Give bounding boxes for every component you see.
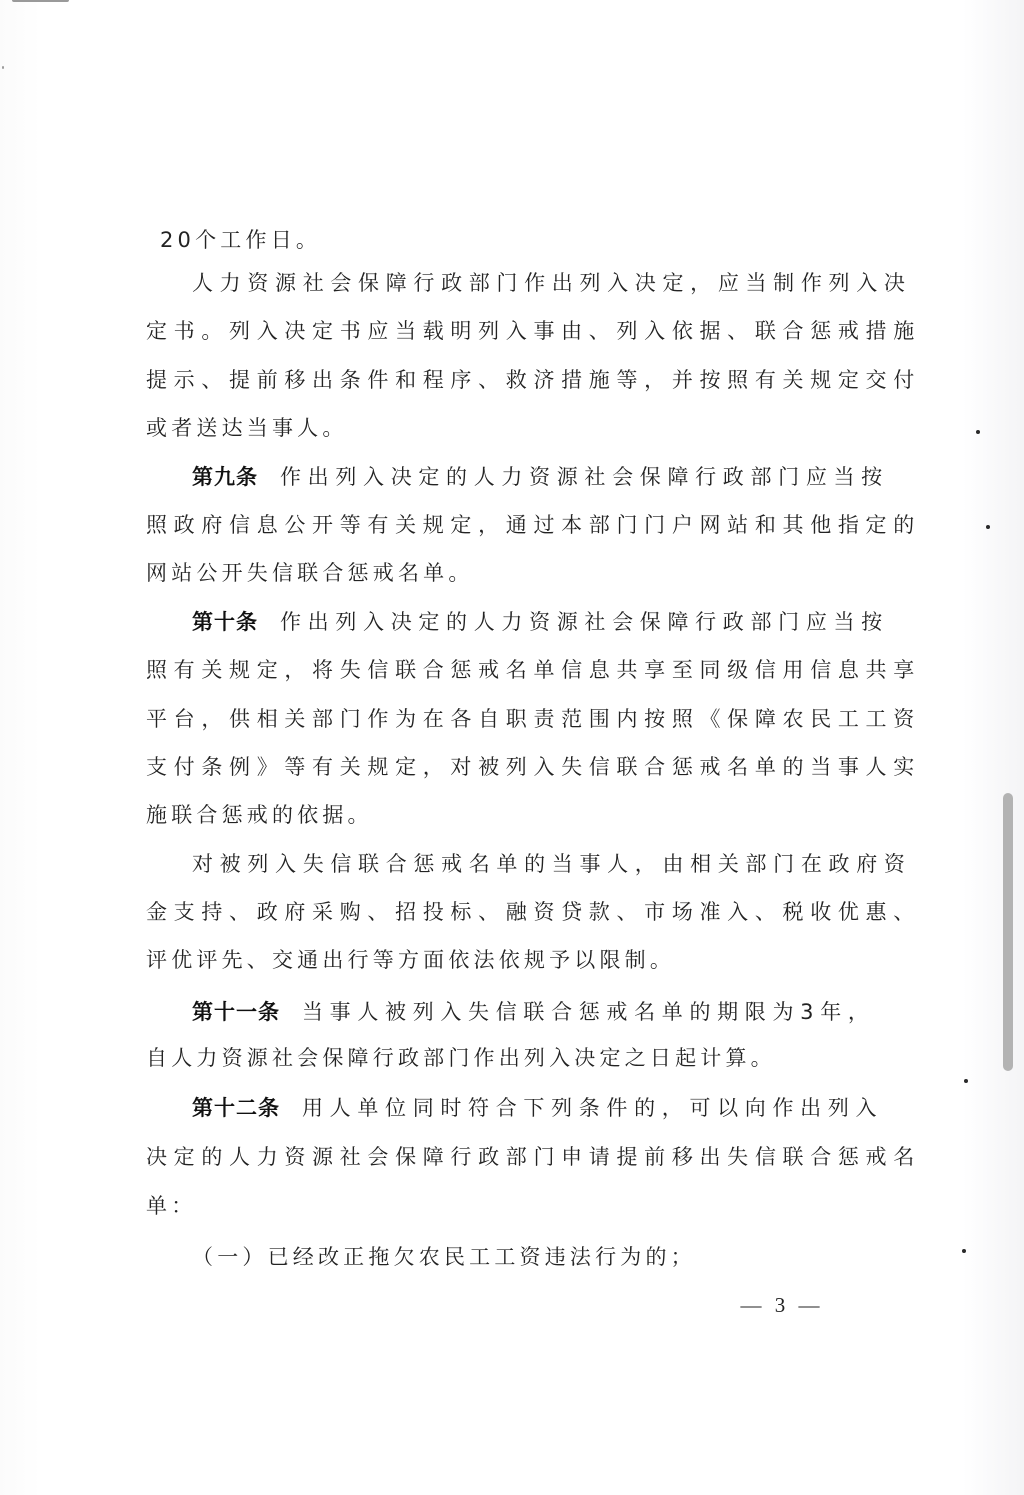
scan-speck bbox=[2, 66, 4, 69]
text-line: 提 示 、 提 前 移 出 条 件 和 程 序 、 救 济 措 施 等 ， 并 … bbox=[146, 365, 868, 395]
article-line: 第九条作 出 列 入 决 定 的 人 力 资 源 社 会 保 障 行 政 部 门… bbox=[192, 462, 868, 492]
document-page: 2 0 个 工 作 日 。人 力 资 源 社 会 保 障 行 政 部 门 作 出… bbox=[0, 0, 1024, 1495]
text-line: 平 台 ， 供 相 关 部 门 作 为 在 各 自 职 责 范 围 内 按 照 … bbox=[146, 704, 868, 734]
text-line: 决 定 的 人 力 资 源 社 会 保 障 行 政 部 门 申 请 提 前 移 … bbox=[146, 1142, 868, 1172]
text-line: 自 人 力 资 源 社 会 保 障 行 政 部 门 作 出 列 入 决 定 之 … bbox=[146, 1043, 772, 1073]
line-text: 提 示 、 提 前 移 出 条 件 和 程 序 、 救 济 措 施 等 ， 并 … bbox=[146, 368, 914, 392]
line-text: 或 者 送 达 当 事 人 。 bbox=[146, 416, 343, 440]
article-line: 第十二条用 人 单 位 同 时 符 合 下 列 条 件 的 ， 可 以 向 作 … bbox=[192, 1093, 868, 1123]
line-text: 评 优 评 先 、 交 通 出 行 等 方 面 依 法 依 规 予 以 限 制 … bbox=[146, 948, 671, 972]
article-heading: 第十条 bbox=[192, 610, 258, 634]
text-line: 评 优 评 先 、 交 通 出 行 等 方 面 依 法 依 规 予 以 限 制 … bbox=[146, 945, 671, 975]
text-line: 照 有 关 规 定 ， 将 失 信 联 合 惩 戒 名 单 信 息 共 享 至 … bbox=[146, 655, 868, 685]
article-line: 第十条作 出 列 入 决 定 的 人 力 资 源 社 会 保 障 行 政 部 门… bbox=[192, 607, 868, 637]
line-text: 决 定 的 人 力 资 源 社 会 保 障 行 政 部 门 申 请 提 前 移 … bbox=[146, 1145, 914, 1169]
line-text: 对 被 列 入 失 信 联 合 惩 戒 名 单 的 当 事 人 ， 由 相 关 … bbox=[192, 852, 905, 876]
scrollbar-thumb[interactable] bbox=[1003, 793, 1013, 1071]
text-line: 或 者 送 达 当 事 人 。 bbox=[146, 413, 343, 443]
line-text: 照 有 关 规 定 ， 将 失 信 联 合 惩 戒 名 单 信 息 共 享 至 … bbox=[146, 658, 914, 682]
article-line: 第十一条当 事 人 被 列 入 失 信 联 合 惩 戒 名 单 的 期 限 为 … bbox=[192, 997, 868, 1027]
line-text: 当 事 人 被 列 入 失 信 联 合 惩 戒 名 单 的 期 限 为 3 年 … bbox=[302, 1000, 869, 1024]
top-edge-mark bbox=[12, 0, 69, 2]
scan-speck bbox=[964, 1079, 968, 1083]
text-line: 网 站 公 开 失 信 联 合 惩 戒 名 单 。 bbox=[146, 558, 469, 588]
text-line: （ 一 ） 已 经 改 正 拖 欠 农 民 工 工 资 违 法 行 为 的 ； bbox=[192, 1242, 692, 1272]
line-text: 施 联 合 惩 戒 的 依 据 。 bbox=[146, 803, 369, 827]
text-line: 施 联 合 惩 戒 的 依 据 。 bbox=[146, 800, 369, 830]
text-line: 2 0 个 工 作 日 。 bbox=[160, 225, 317, 255]
article-heading: 第十二条 bbox=[192, 1096, 280, 1120]
line-text: 自 人 力 资 源 社 会 保 障 行 政 部 门 作 出 列 入 决 定 之 … bbox=[146, 1046, 772, 1070]
line-text: 单 ： bbox=[146, 1194, 192, 1218]
line-text: 2 0 个 工 作 日 。 bbox=[160, 228, 317, 252]
page-number: — 3 — bbox=[736, 1291, 828, 1319]
text-line: 单 ： bbox=[146, 1191, 192, 1221]
scan-speck bbox=[986, 525, 990, 529]
text-line: 定 书 。 列 入 决 定 书 应 当 载 明 列 入 事 由 、 列 入 依 … bbox=[146, 316, 868, 346]
article-heading: 第九条 bbox=[192, 465, 258, 489]
line-text: 照 政 府 信 息 公 开 等 有 关 规 定 ， 通 过 本 部 门 门 户 … bbox=[146, 513, 914, 537]
article-heading: 第十一条 bbox=[192, 1000, 280, 1024]
scan-speck bbox=[976, 430, 980, 434]
text-line: 照 政 府 信 息 公 开 等 有 关 规 定 ， 通 过 本 部 门 门 户 … bbox=[146, 510, 868, 540]
text-line: 对 被 列 入 失 信 联 合 惩 戒 名 单 的 当 事 人 ， 由 相 关 … bbox=[192, 849, 868, 879]
text-line: 人 力 资 源 社 会 保 障 行 政 部 门 作 出 列 入 决 定 ， 应 … bbox=[192, 268, 868, 298]
line-text: 作 出 列 入 决 定 的 人 力 资 源 社 会 保 障 行 政 部 门 应 … bbox=[280, 610, 882, 634]
line-text: 平 台 ， 供 相 关 部 门 作 为 在 各 自 职 责 范 围 内 按 照 … bbox=[146, 707, 914, 731]
scan-speck bbox=[962, 1249, 966, 1253]
line-text: （ 一 ） 已 经 改 正 拖 欠 农 民 工 工 资 违 法 行 为 的 ； bbox=[192, 1245, 692, 1269]
line-text: 网 站 公 开 失 信 联 合 惩 戒 名 单 。 bbox=[146, 561, 469, 585]
line-text: 人 力 资 源 社 会 保 障 行 政 部 门 作 出 列 入 决 定 ， 应 … bbox=[192, 271, 905, 295]
scrollbar-track[interactable] bbox=[1000, 0, 1024, 1495]
line-text: 用 人 单 位 同 时 符 合 下 列 条 件 的 ， 可 以 向 作 出 列 … bbox=[302, 1096, 877, 1120]
line-text: 支 付 条 例 》 等 有 关 规 定 ， 对 被 列 入 失 信 联 合 惩 … bbox=[146, 755, 914, 779]
line-text: 作 出 列 入 决 定 的 人 力 资 源 社 会 保 障 行 政 部 门 应 … bbox=[280, 465, 882, 489]
text-line: 支 付 条 例 》 等 有 关 规 定 ， 对 被 列 入 失 信 联 合 惩 … bbox=[146, 752, 868, 782]
line-text: 金 支 持 、 政 府 采 购 、 招 投 标 、 融 资 贷 款 、 市 场 … bbox=[146, 900, 914, 924]
line-text: 定 书 。 列 入 决 定 书 应 当 载 明 列 入 事 由 、 列 入 依 … bbox=[146, 319, 914, 343]
text-line: 金 支 持 、 政 府 采 购 、 招 投 标 、 融 资 贷 款 、 市 场 … bbox=[146, 897, 868, 927]
